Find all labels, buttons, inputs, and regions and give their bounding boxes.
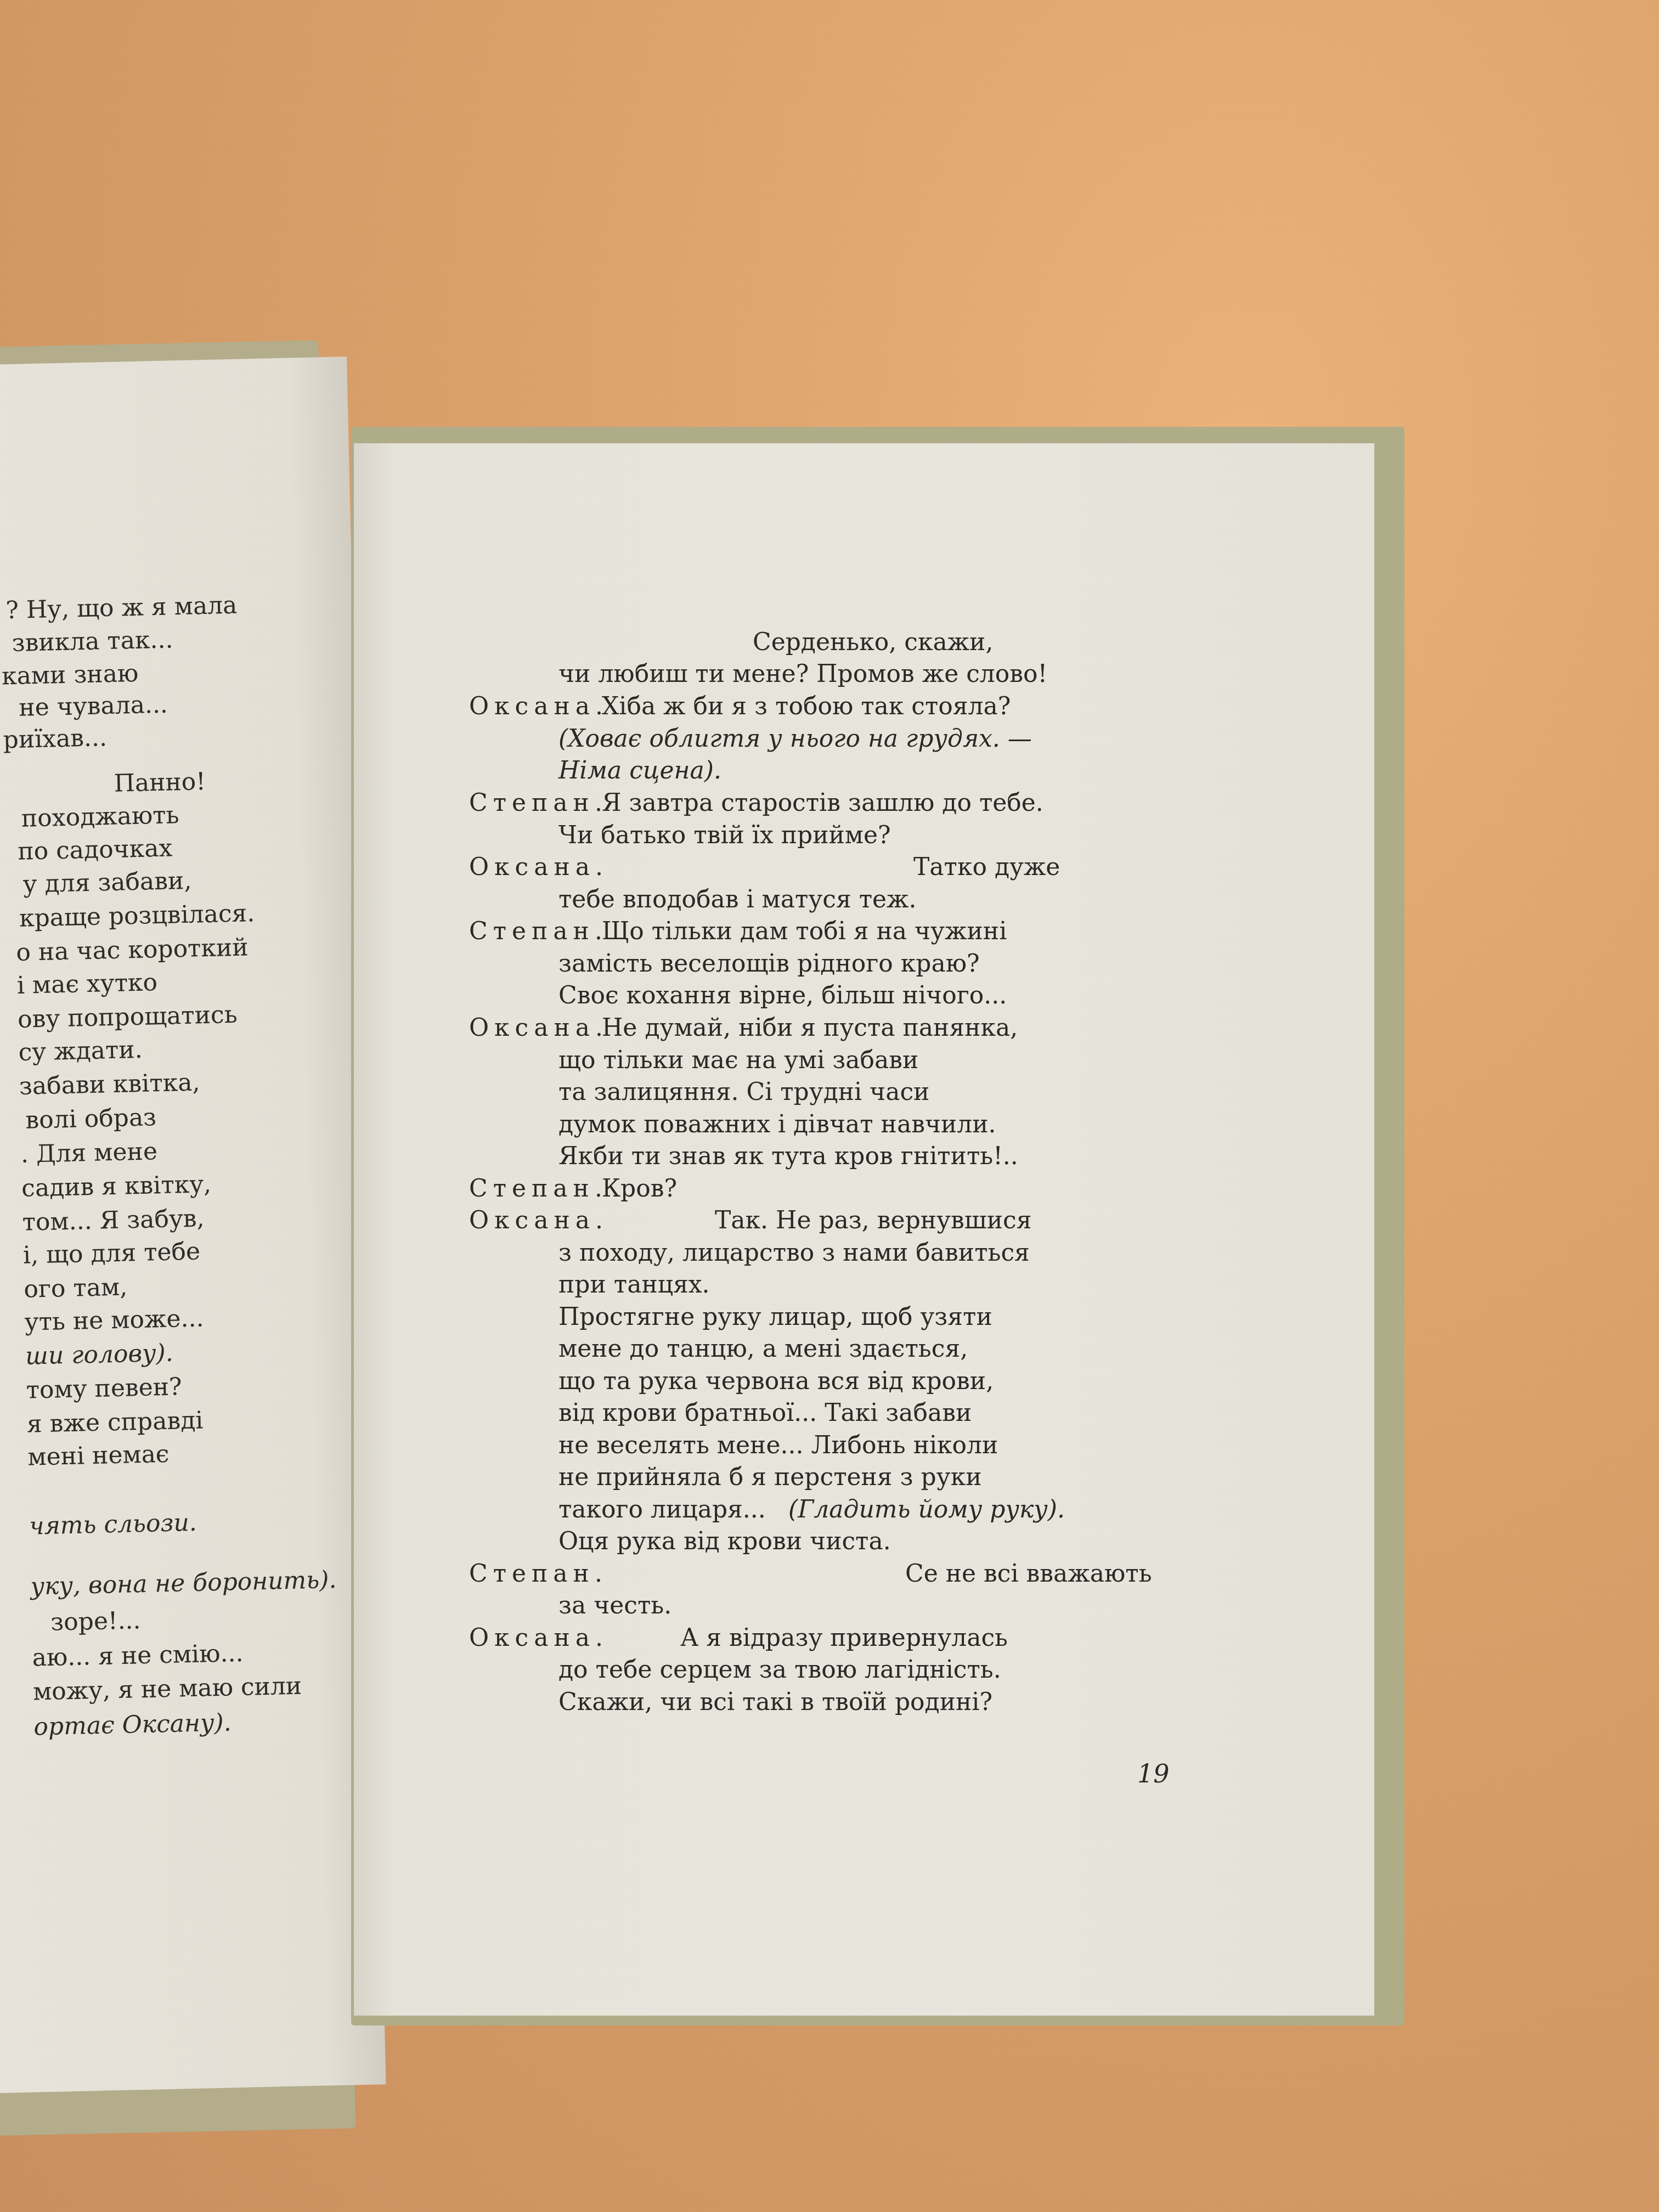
text-line: до тебе серцем за твою лагідність. [558,1654,1001,1686]
text-line: садив я квітку, [21,1169,212,1205]
text-line: краще розцвілася. [19,898,255,935]
text-line: та залицяння. Сі трудні часи [558,1076,929,1108]
text-line: ками знаю [1,658,138,693]
text-line: Серденько, скажи, [753,627,993,658]
speaker-name: Оксана. [469,851,608,883]
text-line: з походу, лицарство з нами бавиться [558,1237,1030,1269]
text-line: тебе вподобав і матуся теж. [558,884,917,916]
text-line: Не думай, ніби я пуста панянка, [602,1012,1018,1044]
text-line: Хіба ж би я з тобою так стояла? [602,691,1011,723]
text-line: Панно! [114,766,206,800]
text-line: А я відразу привернулась [680,1622,1008,1654]
text-line: забави квітка, [19,1066,200,1102]
text-line: Якби ти знав як тута кров гнітить!.. [558,1141,1018,1172]
text-line: Скажи, чи всі такі в твоїй родині? [558,1686,992,1718]
text-line: Я завтра старостів зашлю до тебе. [602,787,1043,819]
text-line: такого лицаря... [558,1494,766,1526]
text-line: Що тільки дам тобі я на чужині [602,916,1007,947]
speaker-name: Степан. [469,1558,608,1590]
right-page: Серденько, скажи, чи любиш ти мене? Пром… [354,443,1374,2016]
text-line: походжають [21,799,179,835]
text-line: том... Я забув, [22,1203,205,1239]
stage-direction: Німа сцена). [558,755,721,787]
text-line: . Для мене [20,1136,157,1171]
stage-direction: ортає Оксану). [33,1707,232,1743]
text-line: можу, я не маю сили [32,1670,302,1708]
text-line: ого там, [24,1272,128,1306]
text-line: тому певен? [26,1371,182,1406]
text-line: Чи батько твій їх прийме? [558,820,891,851]
speaker-name: Оксана. [469,1622,608,1654]
text-line: уть не може... [24,1302,204,1338]
stage-direction: ши голову). [25,1338,174,1373]
text-line: Простягне руку лицар, щоб узяти [558,1301,992,1333]
text-line: Татко дуже [913,851,1060,883]
text-line: Кров? [602,1173,677,1205]
text-line: зоре!... [50,1605,142,1639]
speaker-name: Оксана. [469,1012,608,1044]
text-line: у для забави, [22,865,192,901]
text-line: аю... я не смію... [32,1638,244,1674]
text-line: по садочках [18,832,173,867]
text-line: і має хутко [16,967,157,1002]
text-line: не прийняла б я перстеня з руки [558,1462,981,1493]
text-line: і, що для тебе [22,1235,200,1271]
text-line: думок поважних і дівчат навчили. [558,1109,996,1141]
text-line: замість веселощів рідного краю? [558,948,980,980]
text-line: при танцях. [558,1269,710,1301]
text-line: Так. Не раз, вернувшися [715,1205,1031,1237]
stage-direction: уку, вона не боронить). [30,1564,337,1603]
text-line: Своє кохання вірне, більш нічого... [558,980,1007,1012]
text-line: Оця рука від крови чиста. [558,1526,891,1558]
text-line: ову попрощатись [18,999,238,1036]
text-line: ? Ну, що ж я мала [5,590,238,627]
text-line: від крови братньої... Такі забави [558,1397,972,1429]
text-line: су ждати. [18,1034,143,1069]
speaker-name: Степан. [469,916,608,947]
text-line: Се не всі вважають [905,1558,1152,1590]
text-line: мене до танцю, а мені здається, [558,1333,968,1365]
speaker-name: Степан. [469,787,608,819]
text-line: що та рука червона вся від крови, [558,1365,994,1397]
left-page: ? Ну, що ж я мала звикла так... ками зна… [0,357,386,2093]
speaker-name: Степан. [469,1173,608,1205]
speaker-name: Оксана. [469,1205,608,1237]
text-line: о на час короткий [16,932,249,969]
text-line: не веселять мене... Либонь ніколи [558,1430,998,1462]
page-number: 19 [1137,1759,1170,1788]
text-line: волі образ [25,1102,157,1136]
stage-direction: (Гладить йому руку). [788,1494,1065,1526]
stage-direction: чять сльози. [29,1507,198,1543]
text-line: риїхав... [3,722,108,756]
text-line: мені немає [27,1438,170,1474]
text-line: чи любиш ти мене? Промов же слово! [558,658,1047,690]
text-line: за честь. [558,1590,672,1622]
stage-direction: (Ховає облигтя у нього на грудях. — [558,723,1032,755]
text-line: я вже справді [26,1404,204,1440]
text-line: не чувала... [19,689,168,724]
text-line: що тільки має на умі забави [558,1045,918,1076]
speaker-name: Оксана. [469,691,608,723]
text-line: звикла так... [12,624,173,659]
